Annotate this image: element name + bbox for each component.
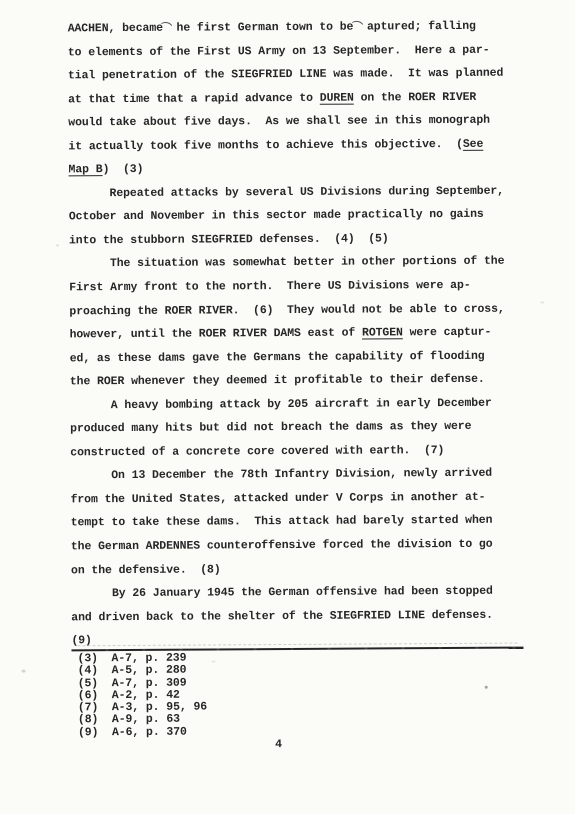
scan-speck xyxy=(22,670,26,673)
text-segment: tial penetration of the SIEGFRIED LINE w… xyxy=(68,67,503,83)
text-segment: and driven back to the shelter of the SI… xyxy=(71,608,493,624)
text-segment: ) (3) xyxy=(103,163,144,176)
text-line: and driven back to the shelter of the SI… xyxy=(71,603,541,629)
text-line: tial penetration of the SIEGFRIED LINE w… xyxy=(68,62,538,88)
text-line: ed, as these dams gave the Germans the c… xyxy=(70,344,540,370)
text-segment: AACHEN, became xyxy=(68,22,163,36)
text-segment: from the United States, attacked under V… xyxy=(71,491,486,507)
text-segment: the German ARDENNES counteroffensive for… xyxy=(71,538,493,554)
text-line: A heavy bombing attack by 205 aircraft i… xyxy=(70,391,540,417)
text-segment: constructed of a concrete core covered w… xyxy=(70,444,444,459)
text-segment: tempt to take these dams. This attack ha… xyxy=(71,514,493,530)
text-segment: it actually took five months to achieve … xyxy=(68,138,463,153)
scan-speck xyxy=(540,301,544,303)
underlined-text: ROTGEN xyxy=(362,326,403,339)
text-segment: produced many hits but did not breach th… xyxy=(70,420,471,435)
text-segment: The situation was somewhat better in oth… xyxy=(69,255,504,271)
footnote-row: (9) A-6, p. 370 xyxy=(78,726,207,739)
page-number: 4 xyxy=(275,738,282,751)
footnote-citation: A-3, p. 95, 96 xyxy=(98,701,207,715)
text-line: into the stubborn SIEGFRIED defenses. (4… xyxy=(69,226,539,252)
footnote-number: (3) xyxy=(77,652,97,665)
text-line: On 13 December the 78th Infantry Divisio… xyxy=(70,462,540,488)
text-segment: to elements of the First US Army on 13 S… xyxy=(68,43,490,59)
document-page: AACHEN, became( he first German town to … xyxy=(0,0,575,814)
text-line: on the defensive. (8) xyxy=(71,556,541,582)
scan-speck xyxy=(485,686,488,689)
text-segment: were captur- xyxy=(403,326,491,340)
text-segment: Repeated attacks by several US Divisions… xyxy=(69,185,504,201)
text-line: to elements of the First US Army on 13 S… xyxy=(68,38,538,64)
text-segment: A heavy bombing attack by 205 aircraft i… xyxy=(70,397,492,413)
text-segment: on the defensive. (8) xyxy=(71,563,221,577)
footnote-list: (3) A-7, p. 239(4) A-5, p. 280(5) A-7, p… xyxy=(78,652,208,739)
scan-speck xyxy=(212,660,216,662)
text-line: Map B) (3) xyxy=(68,156,538,182)
text-line: proaching the ROER RIVER. (6) They would… xyxy=(69,297,539,323)
footnote-citation: A-6, p. 370 xyxy=(98,725,186,739)
underlined-text: DUREN xyxy=(320,91,354,104)
text-segment: on the ROER RIVER xyxy=(354,90,476,104)
underlined-text: See xyxy=(463,138,483,151)
text-line: constructed of a concrete core covered w… xyxy=(70,438,540,464)
page-content: AACHEN, became( he first German town to … xyxy=(0,0,575,814)
text-segment: ed, as these dams gave the Germans the c… xyxy=(70,349,485,365)
text-segment: On 13 December the 78th Infantry Divisio… xyxy=(70,467,492,483)
text-line: AACHEN, became( he first German town to … xyxy=(68,14,538,40)
scan-speck xyxy=(56,244,59,246)
underlined-text: Map B xyxy=(69,163,103,176)
footnote-number: (9) xyxy=(78,726,98,739)
footnote-number: (4) xyxy=(78,664,98,677)
text-segment: however, until the ROER RIVER DAMS east … xyxy=(70,327,363,342)
text-segment: at that time that a rapid advance to xyxy=(68,91,320,106)
footnote-number: (6) xyxy=(78,689,98,702)
text-segment: would take about five days. As we shall … xyxy=(68,114,490,130)
text-segment: First Army front to the north. There US … xyxy=(69,279,470,294)
text-segment: By 26 January 1945 the German offensive … xyxy=(71,585,493,601)
text-line: produced many hits but did not breach th… xyxy=(70,415,540,441)
footnote-number: (5) xyxy=(78,677,98,690)
text-line: October and November in this sector made… xyxy=(69,203,539,229)
text-segment: aptured; falling xyxy=(360,20,476,34)
text-line: the ROER whenever they deemed it profita… xyxy=(70,368,540,394)
text-segment: he first German town to be xyxy=(170,21,354,35)
text-line: tempt to take these dams. This attack ha… xyxy=(71,509,541,535)
text-line: First Army front to the north. There US … xyxy=(69,273,539,299)
text-line: would take about five days. As we shall … xyxy=(68,109,538,135)
text-line: however, until the ROER RIVER DAMS east … xyxy=(69,321,539,347)
text-line: By 26 January 1945 the German offensive … xyxy=(71,580,541,606)
text-line: Repeated attacks by several US Divisions… xyxy=(69,179,539,205)
text-line: The situation was somewhat better in oth… xyxy=(69,250,539,276)
footnote-number: (7) xyxy=(78,701,98,714)
text-segment: October and November in this sector made… xyxy=(69,208,484,224)
text-line: it actually took five months to achieve … xyxy=(68,132,538,158)
text-line: the German ARDENNES counteroffensive for… xyxy=(71,532,541,558)
text-segment: proaching the ROER RIVER. (6) They would… xyxy=(69,302,504,318)
document-lines: AACHEN, became( he first German town to … xyxy=(68,14,542,653)
text-line: at that time that a rapid advance to DUR… xyxy=(68,85,538,111)
text-line: from the United States, attacked under V… xyxy=(70,485,540,511)
text-segment: into the stubborn SIEGFRIED defenses. (4… xyxy=(69,232,389,247)
text-segment: the ROER whenever they deemed it profita… xyxy=(70,373,485,389)
footnote-number: (8) xyxy=(78,714,98,727)
